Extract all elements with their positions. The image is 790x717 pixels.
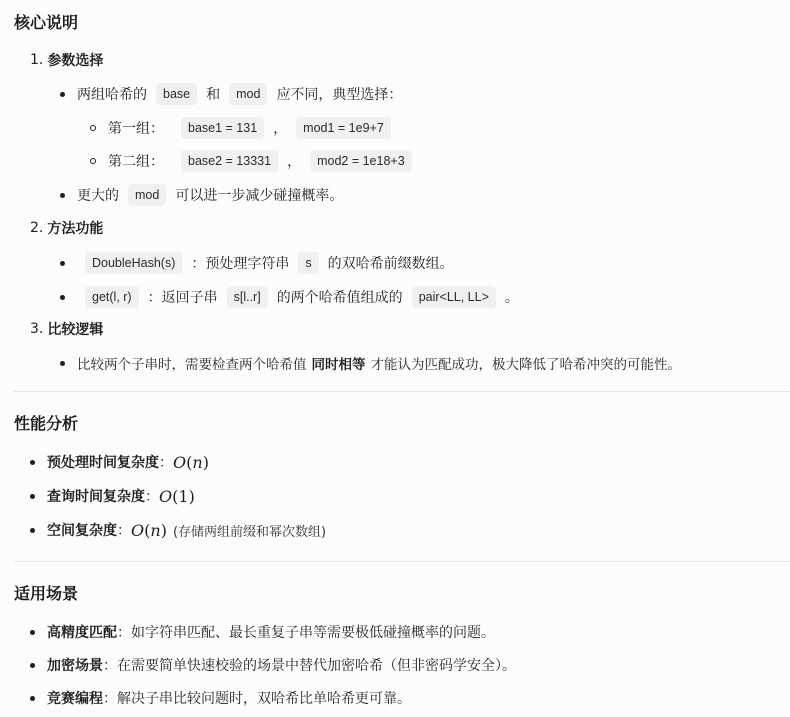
emphasis-text: 同时相等 [312, 353, 366, 373]
text: ： [117, 520, 131, 540]
math-expression: O(n) [173, 453, 209, 472]
text: 应不同，典型选择： [276, 84, 402, 104]
text: ：在需要简单快速校验的场景中替代加密哈希（但非密码学安全）。 [103, 655, 516, 675]
label: 高精度匹配 [47, 622, 117, 642]
text: ， [287, 151, 301, 171]
list-item: 高精度匹配 ：如字符串匹配、最长重复子串等需要极低碰撞概率的问题。 [30, 622, 495, 642]
label: 加密场景 [47, 655, 103, 675]
item-title: 比较逻辑 [47, 319, 103, 339]
text: 比较两个子串时，需要检查两个哈希值 [77, 353, 307, 373]
text: ：预处理字符串 [191, 253, 289, 273]
label: 竞赛编程 [47, 688, 103, 708]
text: 的双哈希前缀数组。 [328, 253, 454, 273]
list-item: DoubleHash(s) ：预处理字符串 s 的双哈希前缀数组。 [60, 252, 454, 274]
text: 第一组： [108, 118, 164, 138]
circle-bullet-icon [90, 125, 96, 131]
text: 和 [206, 84, 220, 104]
list-item: 预处理时间复杂度 ： O(n) [30, 452, 209, 472]
text: 两组哈希的 [77, 84, 147, 104]
bullet-icon [30, 528, 35, 533]
inline-code: s [298, 252, 318, 274]
text: ： [145, 486, 159, 506]
ordered-item-3: 3. 比较逻辑 [30, 319, 103, 339]
bullet-icon [60, 361, 65, 366]
section-divider [14, 561, 790, 562]
item-title: 参数选择 [47, 50, 103, 70]
text: ： [159, 452, 173, 472]
list-item: 空间复杂度 ： O(n) (存储两组前缀和幂次数组) [30, 520, 326, 540]
text: ：如字符串匹配、最长重复子串等需要极低碰撞概率的问题。 [117, 622, 495, 642]
bullet-icon [60, 92, 65, 97]
text: 才能认为匹配成功，极大降低了哈希冲突的可能性。 [371, 353, 682, 373]
text: 更大的 [77, 185, 119, 205]
sub-list-item: 第二组： base2 = 13331 ， mod2 = 1e18+3 [90, 150, 421, 172]
bullet-icon [30, 630, 35, 635]
math-expression: O(n) [131, 521, 167, 540]
inline-code: pair<LL, LL> [412, 286, 496, 308]
text: ：返回子串 [148, 287, 218, 307]
bullet-icon [30, 663, 35, 668]
inline-code: mod [128, 184, 166, 206]
section-divider [14, 391, 790, 392]
inline-code: base [156, 83, 197, 105]
section-title-performance: 性能分析 [14, 411, 78, 434]
note: (存储两组前缀和幂次数组) [173, 521, 326, 540]
text: 。 [505, 287, 519, 307]
item-title: 方法功能 [47, 218, 103, 238]
inline-code: get(l, r) [85, 286, 139, 308]
inline-code: mod1 = 1e9+7 [296, 117, 391, 139]
bullet-icon [60, 193, 65, 198]
text: ， [273, 118, 287, 138]
inline-code: mod [229, 83, 267, 105]
list-item: 查询时间复杂度 ： O(1) [30, 486, 195, 506]
ordered-item-1: 1. 参数选择 [30, 50, 103, 70]
list-item: get(l, r) ：返回子串 s[l..r] 的两个哈希值组成的 pair<L… [60, 286, 519, 308]
section-title-core: 核心说明 [14, 10, 78, 33]
item-number: 3. [30, 321, 43, 337]
bullet-icon [30, 696, 35, 701]
inline-code: s[l..r] [227, 286, 268, 308]
label: 查询时间复杂度 [47, 486, 145, 506]
document: 核心说明 1. 参数选择 两组哈希的 base 和 mod 应不同，典型选择： … [0, 0, 790, 717]
label: 预处理时间复杂度 [47, 452, 159, 472]
bullet-icon [60, 295, 65, 300]
item-number: 2. [30, 220, 43, 236]
math-expression: O(1) [159, 487, 195, 506]
label: 空间复杂度 [47, 520, 117, 540]
text: 第二组： [108, 151, 164, 171]
bullet-icon [30, 494, 35, 499]
list-item: 两组哈希的 base 和 mod 应不同，典型选择： [60, 83, 402, 105]
list-item: 比较两个子串时，需要检查两个哈希值 同时相等 才能认为匹配成功，极大降低了哈希冲… [60, 353, 681, 373]
list-item: 竞赛编程 ：解决子串比较问题时，双哈希比单哈希更可靠。 [30, 688, 411, 708]
sub-list-item: 第一组： base1 = 131 ， mod1 = 1e9+7 [90, 117, 400, 139]
bullet-icon [30, 460, 35, 465]
bullet-icon [60, 261, 65, 266]
item-number: 1. [30, 52, 43, 68]
text: 的两个哈希值组成的 [277, 287, 403, 307]
text: 可以进一步减少碰撞概率。 [175, 185, 343, 205]
circle-bullet-icon [90, 158, 96, 164]
section-title-scenarios: 适用场景 [14, 581, 78, 604]
inline-code: base2 = 13331 [181, 150, 278, 172]
list-item: 更大的 mod 可以进一步减少碰撞概率。 [60, 184, 343, 206]
text: ：解决子串比较问题时，双哈希比单哈希更可靠。 [103, 688, 411, 708]
ordered-item-2: 2. 方法功能 [30, 218, 103, 238]
inline-code: mod2 = 1e18+3 [310, 150, 412, 172]
inline-code: base1 = 131 [181, 117, 264, 139]
list-item: 加密场景 ：在需要简单快速校验的场景中替代加密哈希（但非密码学安全）。 [30, 655, 516, 675]
inline-code: DoubleHash(s) [85, 252, 182, 274]
